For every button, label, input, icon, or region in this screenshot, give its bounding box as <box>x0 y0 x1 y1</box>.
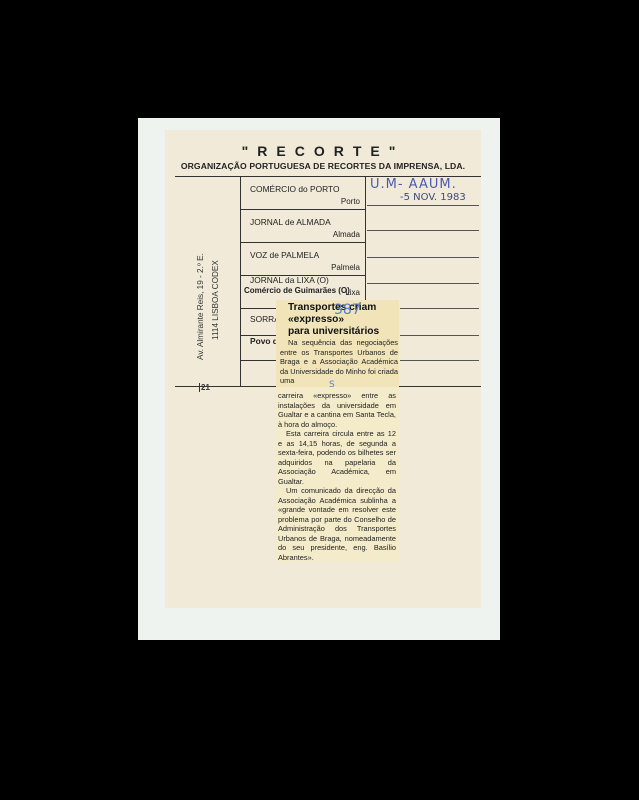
publication-name: SORRAI <box>250 314 277 324</box>
article-paragraph: Um comunicado da direcção da Associação … <box>278 486 396 562</box>
annotation-line <box>367 257 479 258</box>
publication-city: Porto <box>341 197 360 206</box>
address-city: 1114 LISBOA CODEX <box>211 260 220 340</box>
handwritten-number: 387 <box>334 302 361 318</box>
page-number: 21 <box>199 383 211 392</box>
handwritten-source-note: U.M- AAUM. <box>370 177 457 192</box>
annotation-line <box>400 335 479 336</box>
publication-row: JORNAL de ALMADA Almada <box>241 210 365 243</box>
handwritten-mark: S <box>329 380 335 390</box>
annotation-line <box>367 230 479 231</box>
publication-row: Povo da <box>241 336 277 369</box>
address-street: Av. Almirante Reis, 19 - 2.º E. <box>196 253 205 360</box>
agency-title: "RECORTE" <box>165 143 481 159</box>
publication-row: COMÉRCIO do PORTO Porto <box>241 177 365 210</box>
publication-name: COMÉRCIO do PORTO <box>250 184 340 194</box>
publication-name: Comércio de Guimarães (O) <box>244 286 350 295</box>
publication-city: Almada <box>333 230 360 239</box>
publication-name: JORNAL de ALMADA <box>250 217 331 227</box>
annotation-line <box>400 360 479 361</box>
article-body-top: Na sequência das negociações entre os Tr… <box>280 338 398 386</box>
handwritten-date: -5 NOV. 1983 <box>400 192 466 203</box>
agency-full-name: ORGANIZAÇÃO PORTUGUESA DE RECORTES DA IM… <box>165 161 481 171</box>
annotation-line <box>400 308 479 309</box>
article-paragraph: Esta carreira circula entre as 12 e as 1… <box>278 429 396 486</box>
headline-line: para universitários <box>288 326 398 338</box>
publication-name: Povo da <box>250 336 277 346</box>
annotation-column-divider <box>365 176 366 300</box>
article-paragraph: Na sequência das negociações entre os Tr… <box>280 338 398 386</box>
agency-address: Av. Almirante Reis, 19 - 2.º E. 1114 LIS… <box>180 200 224 380</box>
annotation-line <box>367 205 479 206</box>
article-paragraph: carreira «expresso» entre as instalações… <box>278 391 396 429</box>
article-body-bottom: carreira «expresso» entre as instalações… <box>278 391 396 562</box>
annotation-line <box>367 283 479 284</box>
